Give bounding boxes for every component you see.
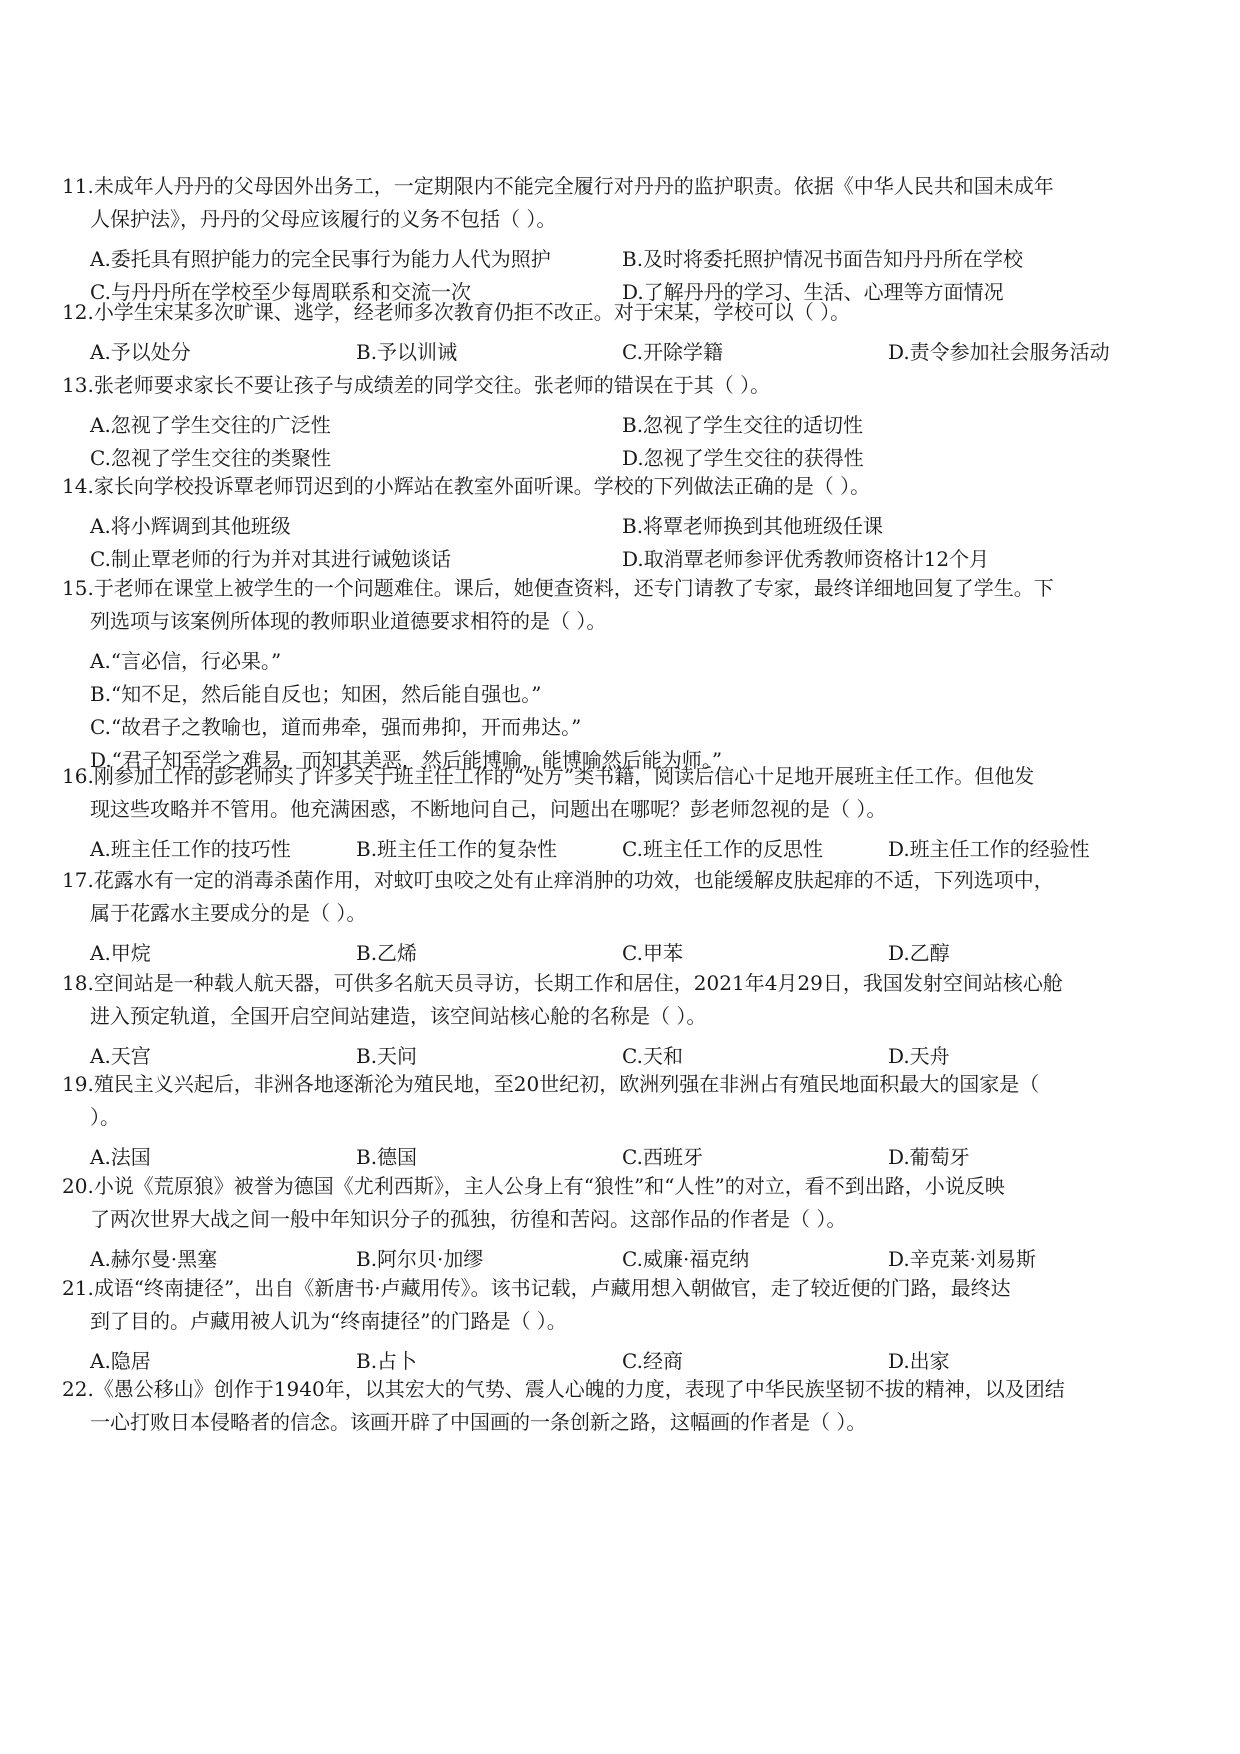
option-b: B.忽视了学生交往的适切性: [622, 409, 863, 442]
question-number: 12.: [62, 296, 94, 329]
question-12: 12.小学生宋某多次旷课、逃学，经老师多次教育仍拒不改正。对于宋某，学校可以（ …: [62, 296, 1162, 369]
question-number: 19.: [62, 1068, 94, 1101]
option-c: C.班主任工作的反思性: [622, 833, 823, 866]
options: A.“言必信，行必果。” B.“知不足，然后能自反也；知困，然后能自强也。” C…: [62, 645, 1162, 777]
question-stem: 12.小学生宋某多次旷课、逃学，经老师多次教育仍拒不改正。对于宋某，学校可以（ …: [62, 296, 1162, 329]
question-number: 20.: [62, 1170, 94, 1203]
question-17: 17.花露水有一定的消毒杀菌作用，对蚊叮虫咬之处有止痒消肿的功效，也能缓解皮肤起…: [62, 864, 1162, 970]
option-b: B.班主任工作的复杂性: [356, 833, 557, 866]
question-21: 21.成语“终南捷径”，出自《新唐书·卢藏用传》。该书记载，卢藏用想入朝做官，走…: [62, 1272, 1162, 1378]
question-stem: 20.小说《荒原狼》被誉为德国《尤利西斯》，主人公身上有“狼性”和“人性”的对立…: [62, 1170, 1162, 1236]
option-b: B.将覃老师换到其他班级任课: [622, 510, 883, 543]
question-number: 21.: [62, 1272, 94, 1305]
question-stem: 16.刚参加工作的彭老师买了许多关于班主任工作的“处方”类书籍，阅读后信心十足地…: [62, 760, 1162, 826]
question-stem: 11.未成年人丹丹的父母因外出务工，一定期限内不能完全履行对丹丹的监护职责。依据…: [62, 170, 1162, 236]
question-22: 22.《愚公移山》创作于1940年，以其宏大的气势、震人心魄的力度，表现了中华民…: [62, 1373, 1162, 1439]
question-14: 14.家长向学校投诉覃老师罚迟到的小辉站在教室外面听课。学校的下列做法正确的是（…: [62, 470, 1162, 576]
question-stem: 21.成语“终南捷径”，出自《新唐书·卢藏用传》。该书记载，卢藏用想入朝做官，走…: [62, 1272, 1162, 1338]
options: A.将小辉调到其他班级B.将覃老师换到其他班级任课 C.制止覃老师的行为并对其进…: [62, 510, 1162, 576]
option-d: D.班主任工作的经验性: [888, 833, 1090, 866]
question-number: 22.: [62, 1373, 94, 1406]
question-stem: 18.空间站是一种载人航天器，可供多名航天员寻访，长期工作和居住，2021年4月…: [62, 967, 1162, 1033]
option-b: B.“知不足，然后能自反也；知困，然后能自强也。”: [90, 678, 542, 711]
question-stem: 15.于老师在课堂上被学生的一个问题难住。课后，她便查资料，还专门请教了专家，最…: [62, 572, 1162, 638]
option-a: A.将小辉调到其他班级: [90, 510, 291, 543]
option-c: C.“故君子之教喻也，道而弗牵，强而弗抑，开而弗达。”: [90, 711, 581, 744]
option-a: A.予以处分: [90, 336, 191, 369]
question-19: 19.殖民主义兴起后，非洲各地逐渐沦为殖民地，至20世纪初，欧洲列强在非洲占有殖…: [62, 1068, 1162, 1174]
option-d: D.乙醇: [888, 937, 950, 970]
question-number: 13.: [62, 369, 94, 402]
question-stem: 19.殖民主义兴起后，非洲各地逐渐沦为殖民地，至20世纪初，欧洲列强在非洲占有殖…: [62, 1068, 1162, 1134]
question-stem: 22.《愚公移山》创作于1940年，以其宏大的气势、震人心魄的力度，表现了中华民…: [62, 1373, 1162, 1439]
question-number: 14.: [62, 470, 94, 503]
question-11: 11.未成年人丹丹的父母因外出务工，一定期限内不能完全履行对丹丹的监护职责。依据…: [62, 170, 1162, 309]
question-stem: 13.张老师要求家长不要让孩子与成绩差的同学交往。张老师的错误在于其（ ）。: [62, 369, 1162, 402]
question-number: 15.: [62, 572, 94, 605]
options: A.忽视了学生交往的广泛性B.忽视了学生交往的适切性 C.忽视了学生交往的类聚性…: [62, 409, 1162, 475]
question-15: 15.于老师在课堂上被学生的一个问题难住。课后，她便查资料，还专门请教了专家，最…: [62, 572, 1162, 777]
option-b: B.及时将委托照护情况书面告知丹丹所在学校: [622, 243, 1023, 276]
options: A.班主任工作的技巧性B.班主任工作的复杂性C.班主任工作的反思性D.班主任工作…: [62, 833, 1162, 866]
option-a: A.忽视了学生交往的广泛性: [90, 409, 331, 442]
option-b: B.乙烯: [356, 937, 417, 970]
options: A.予以处分B.予以训诫C.开除学籍D.责令参加社会服务活动: [62, 336, 1162, 369]
option-d: D.责令参加社会服务活动: [888, 336, 1110, 369]
options: A.甲烷B.乙烯C.甲苯D.乙醇: [62, 937, 1162, 970]
option-c: C.开除学籍: [622, 336, 723, 369]
question-number: 17.: [62, 864, 94, 897]
option-a: A.甲烷: [90, 937, 151, 970]
question-stem: 14.家长向学校投诉覃老师罚迟到的小辉站在教室外面听课。学校的下列做法正确的是（…: [62, 470, 1162, 503]
question-number: 11.: [62, 170, 94, 203]
question-16: 16.刚参加工作的彭老师买了许多关于班主任工作的“处方”类书籍，阅读后信心十足地…: [62, 760, 1162, 866]
option-a: A.委托具有照护能力的完全民事行为能力人代为照护: [90, 243, 551, 276]
option-b: B.予以训诫: [356, 336, 457, 369]
question-13: 13.张老师要求家长不要让孩子与成绩差的同学交往。张老师的错误在于其（ ）。 A…: [62, 369, 1162, 475]
question-number: 16.: [62, 760, 94, 793]
option-a: A.班主任工作的技巧性: [90, 833, 291, 866]
question-number: 18.: [62, 967, 94, 1000]
exam-page: 11.未成年人丹丹的父母因外出务工，一定期限内不能完全履行对丹丹的监护职责。依据…: [0, 0, 1240, 1754]
question-18: 18.空间站是一种载人航天器，可供多名航天员寻访，长期工作和居住，2021年4月…: [62, 967, 1162, 1073]
question-20: 20.小说《荒原狼》被誉为德国《尤利西斯》，主人公身上有“狼性”和“人性”的对立…: [62, 1170, 1162, 1276]
question-stem: 17.花露水有一定的消毒杀菌作用，对蚊叮虫咬之处有止痒消肿的功效，也能缓解皮肤起…: [62, 864, 1162, 930]
option-a: A.“言必信，行必果。”: [90, 645, 281, 678]
option-c: C.甲苯: [622, 937, 683, 970]
